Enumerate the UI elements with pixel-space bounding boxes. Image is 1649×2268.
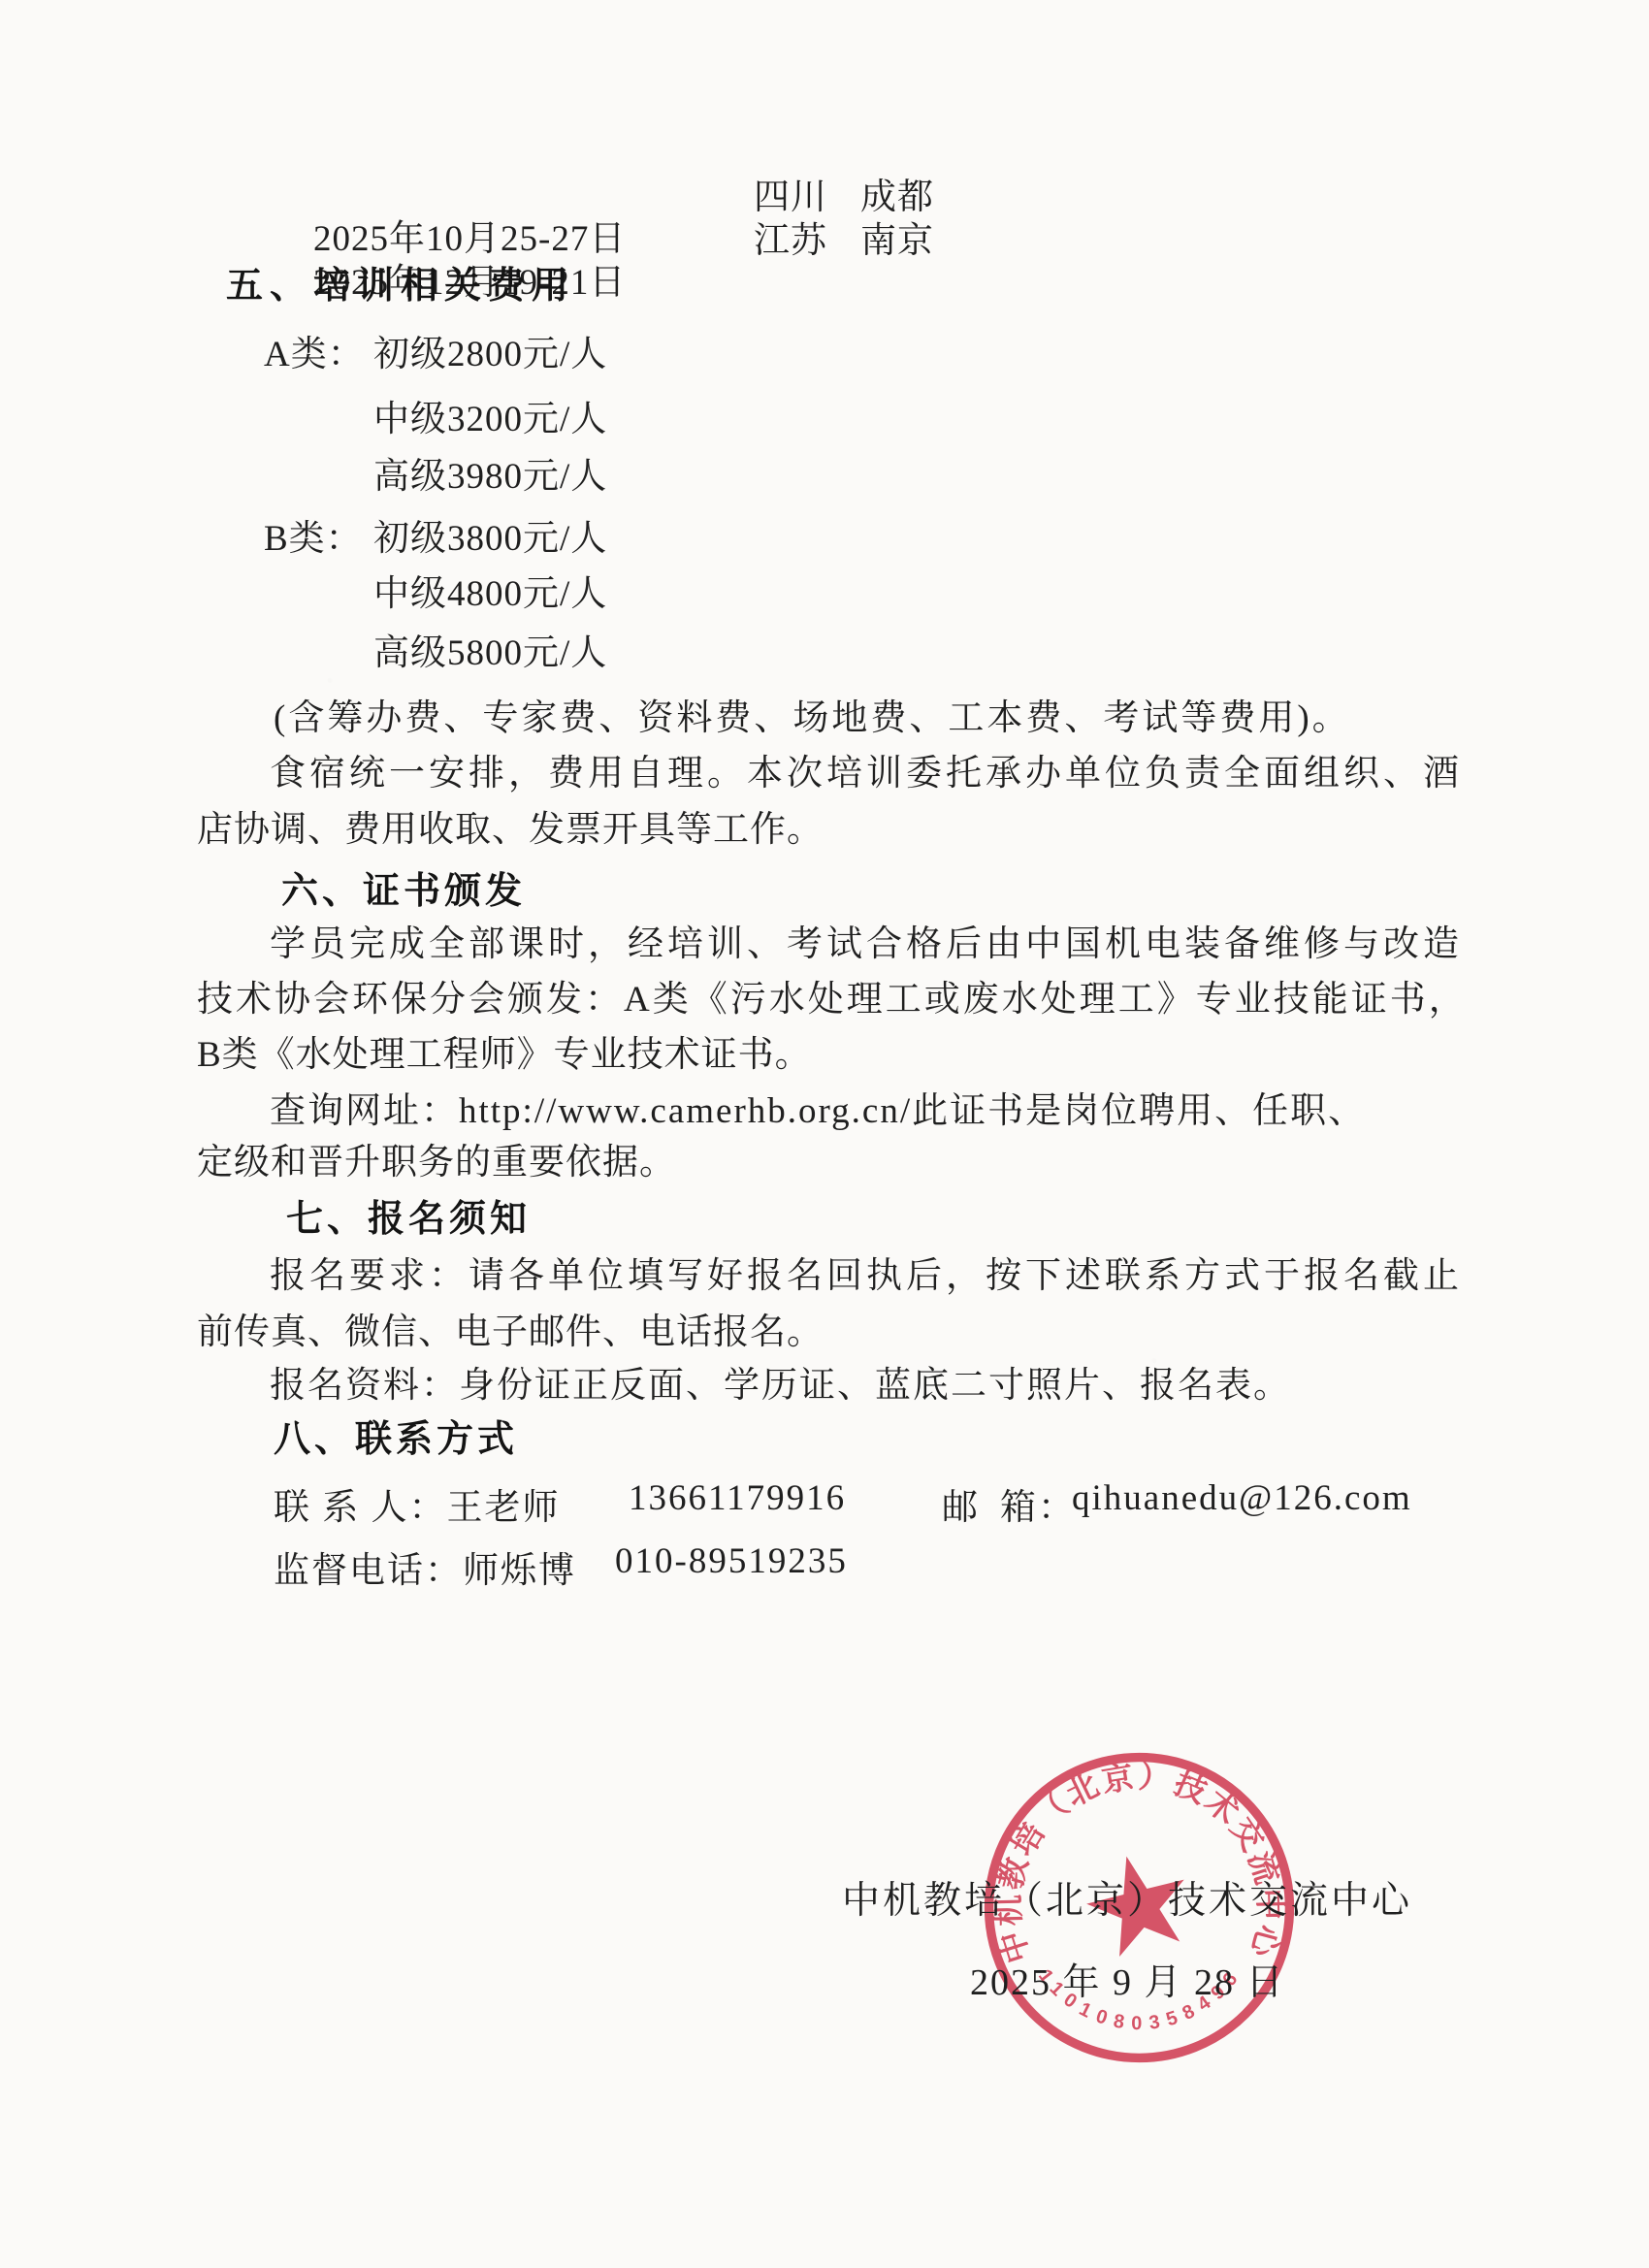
fee-note: (含筹办费、专家费、资料费、场地费、工本费、考试等费用)。 <box>274 698 1351 740</box>
fee-item: 高级3980元/人 <box>373 457 607 499</box>
section-heading-certificate: 六、证书颁发 <box>281 870 526 913</box>
contact-person-label: 联 系 人：王老师 <box>274 1477 561 1530</box>
contact-person-row: 联 系 人：王老师 13661179916 邮 箱： qihuanedu@126… <box>274 1477 1496 1524</box>
fee-class-b-label: B类： <box>264 519 363 561</box>
seal-arc-text: 中机教培（北京）技术交流中心 <box>991 1759 1288 1967</box>
section-heading-contact: 八、联系方式 <box>274 1418 518 1461</box>
supervisor-label: 监督电话：师烁博 <box>274 1540 576 1593</box>
signup-line: 前传真、微信、电子邮件、电话报名。 <box>197 1312 824 1354</box>
certificate-url-line: 查询网址：http://www.camerhb.org.cn/此证书是岗位聘用、… <box>270 1091 1366 1133</box>
seal-arc-text-holder: 中机教培（北京）技术交流中心 <box>991 1759 1288 1967</box>
fee-item: 中级3200元/人 <box>373 400 607 441</box>
fee-item: 初级2800元/人 <box>373 335 607 376</box>
fee-paragraph-line: 食宿统一安排，费用自理。本次培训委托承办单位负责全面组织、酒 <box>270 754 1463 795</box>
certificate-line: B类《水处理工程师》专业技术证书。 <box>197 1035 812 1077</box>
signature-date: 2025 年 9 月 28 日 <box>970 1952 1285 2005</box>
schedule-city: 南京 <box>860 221 934 263</box>
fee-paragraph-line: 店协调、费用收取、发票开具等工作。 <box>197 810 824 852</box>
schedule-province: 四川 <box>754 178 827 219</box>
contact-email: qihuanedu@126.com <box>1072 1477 1412 1519</box>
certificate-line: 学员完成全部课时，经培训、考试合格后由中国机电装备维修与改造 <box>270 924 1463 966</box>
contact-mail-label-1: 邮 <box>942 1477 980 1530</box>
section-heading-fees: 五、培训相关费用 <box>226 265 575 308</box>
document-page: 2025年10月25-27日 四川 成都 2025年12月19-21日 江苏 南… <box>0 0 1649 2268</box>
fee-item: 中级4800元/人 <box>373 574 607 616</box>
schedule-city: 成都 <box>860 178 934 219</box>
contact-supervisor-row: 监督电话：师烁博 010-89519235 <box>274 1540 1147 1587</box>
fee-item: 初级3800元/人 <box>373 519 607 561</box>
schedule-province: 江苏 <box>754 221 827 263</box>
certificate-line: 技术协会环保分会颁发：A类《污水处理工或废水处理工》专业技能证书， <box>197 980 1468 1021</box>
signature-org-name: 中机教培（北京）技术交流中心 <box>842 1870 1412 1925</box>
certificate-line: 定级和晋升职务的重要依据。 <box>197 1143 676 1184</box>
contact-person-phone: 13661179916 <box>629 1477 846 1519</box>
signup-line: 报名要求：请各单位填写好报名回执后，按下述联系方式于报名截止 <box>270 1256 1463 1298</box>
fee-item: 高级5800元/人 <box>373 633 607 675</box>
fee-class-a-label: A类： <box>264 335 365 376</box>
signup-line: 报名资料：身份证正反面、学历证、蓝底二寸照片、报名表。 <box>270 1366 1291 1408</box>
supervisor-phone: 010-89519235 <box>615 1540 848 1582</box>
contact-mail-label-2: 箱： <box>1000 1477 1076 1530</box>
section-heading-signup: 七、报名须知 <box>286 1198 531 1241</box>
